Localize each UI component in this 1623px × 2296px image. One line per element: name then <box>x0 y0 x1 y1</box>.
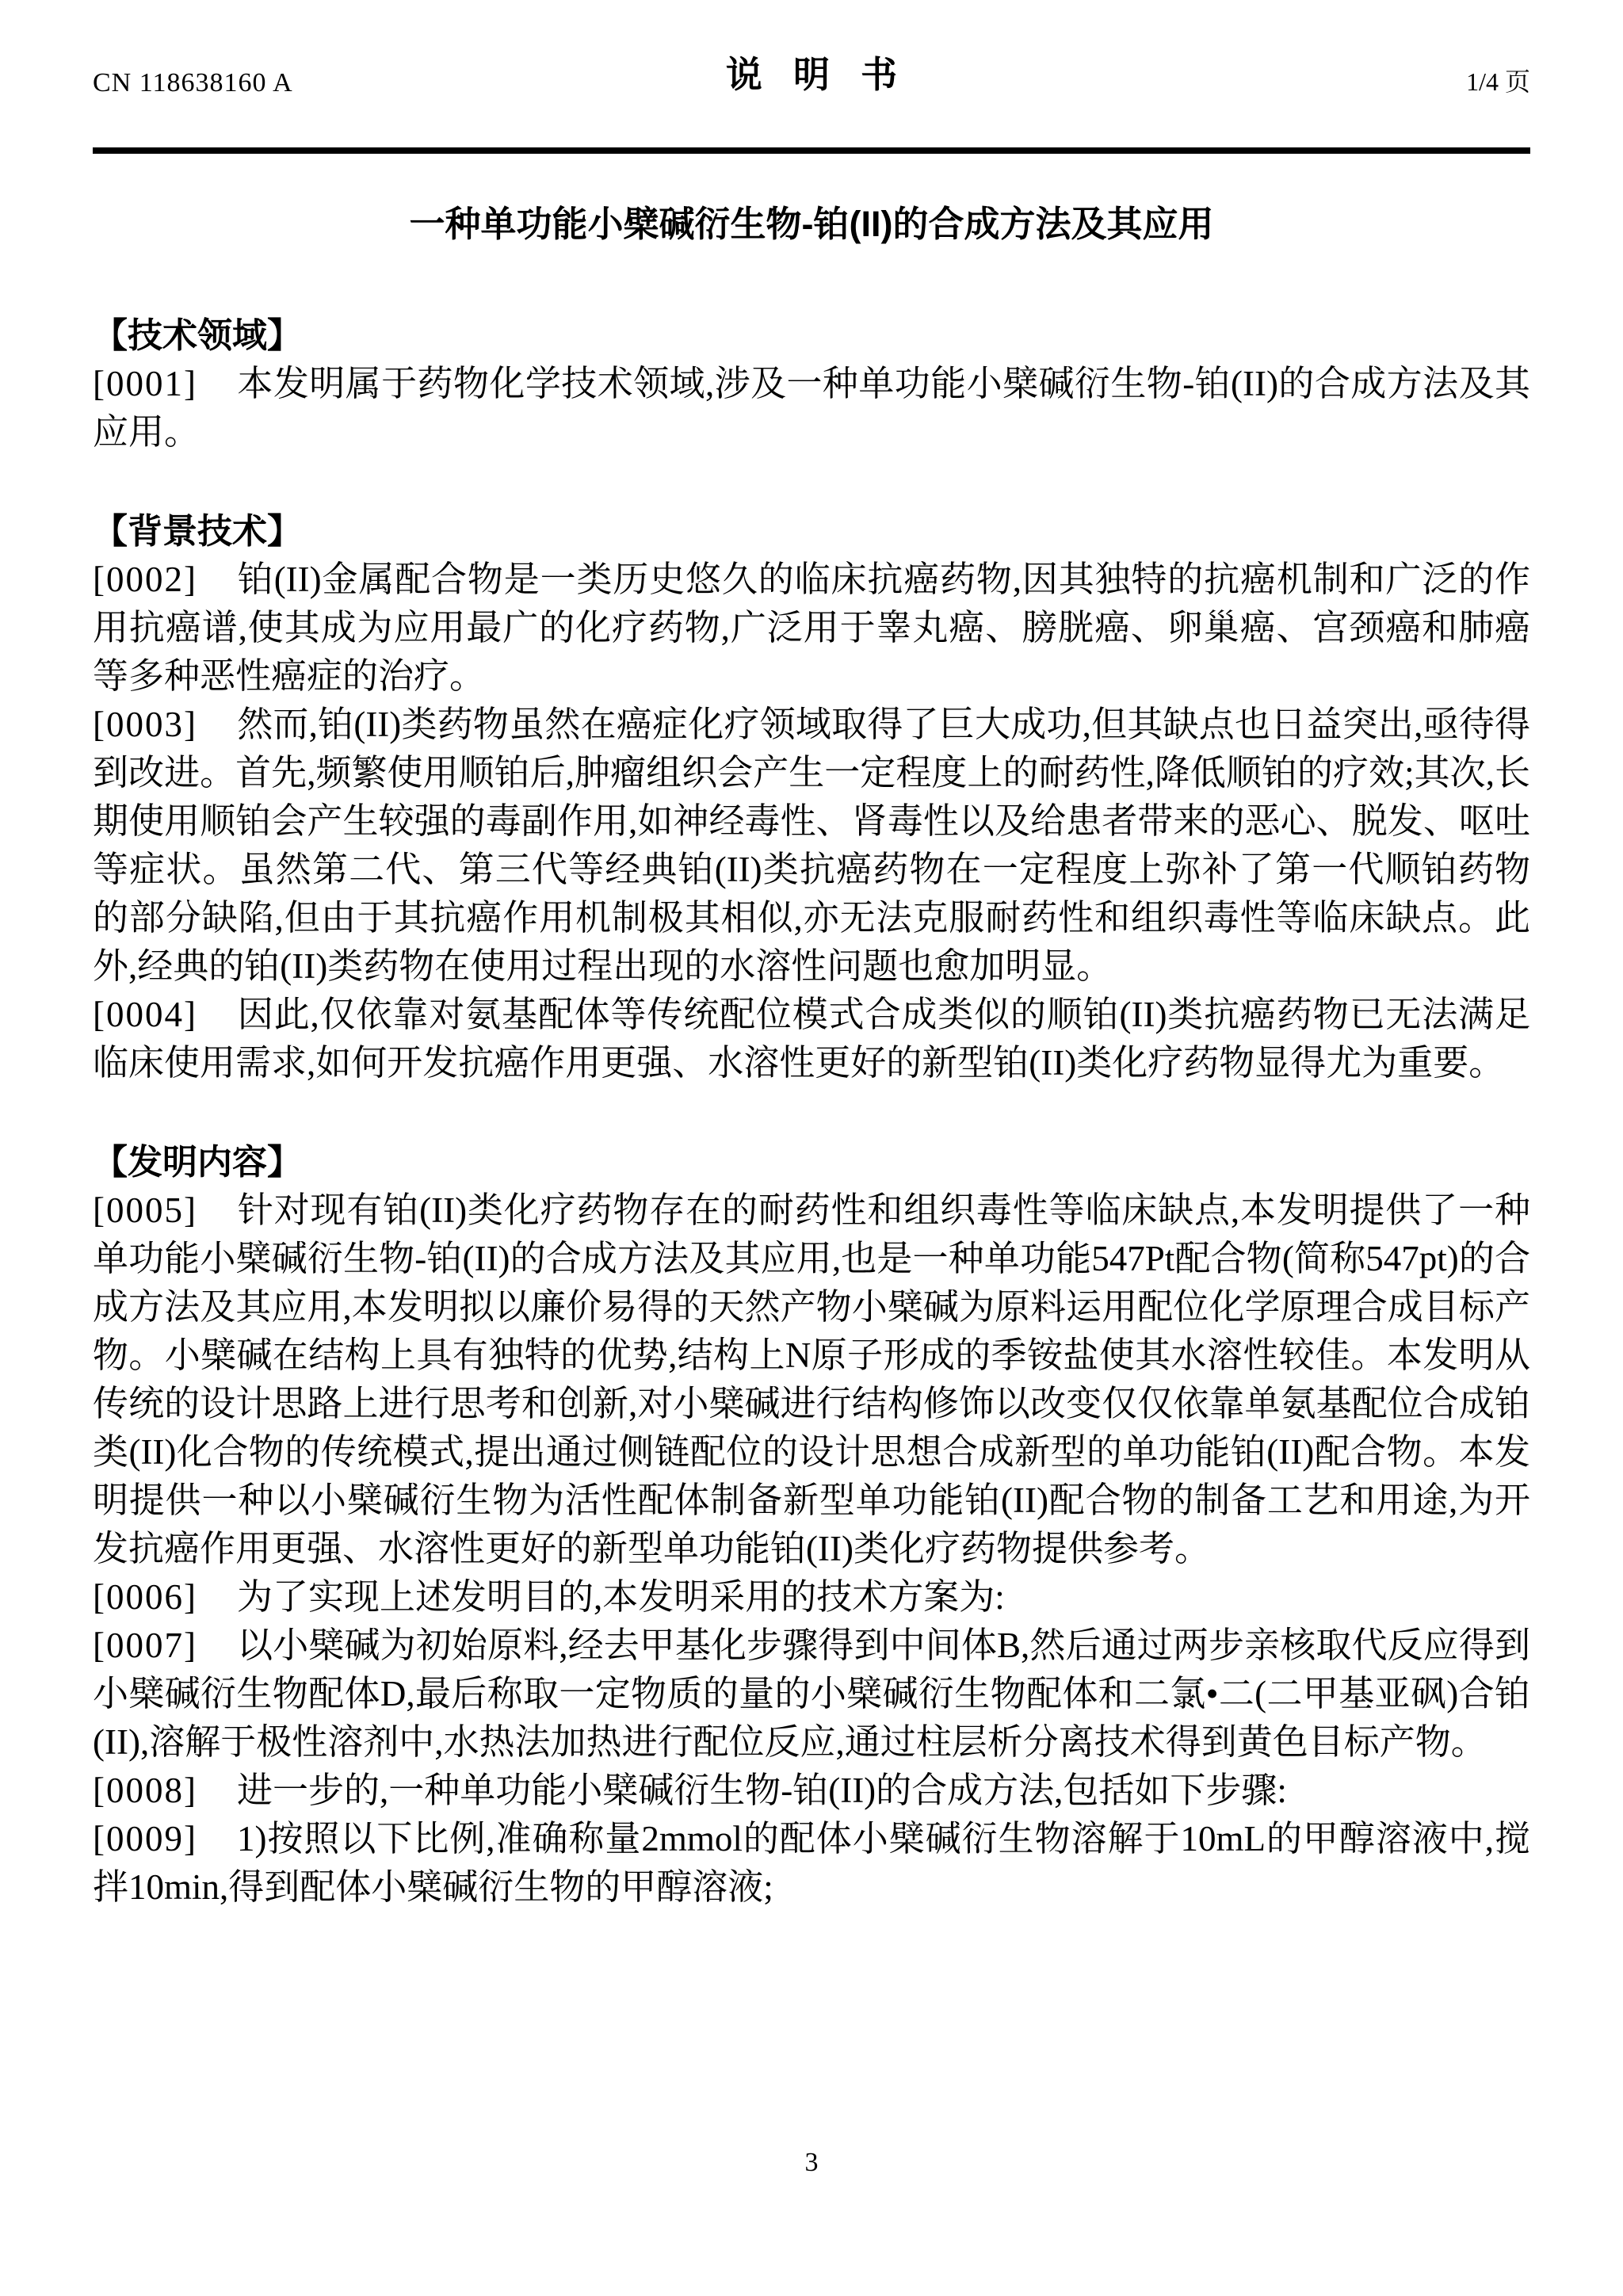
paragraph-0008: [0008]进一步的,一种单功能小檗碱衍生物-铂(II)的合成方法,包括如下步骤… <box>93 1767 1530 1815</box>
paragraph-0007: [0007]以小檗碱为初始原料,经去甲基化步骤得到中间体B,然后通过两步亲核取代… <box>93 1622 1530 1767</box>
paragraph-text: 铂(II)金属配合物是一类历史悠久的临床抗癌药物,因其独特的抗癌机制和广泛的作用… <box>93 560 1530 696</box>
paragraph-number: [0009] <box>93 1819 197 1859</box>
paragraph-number: [0002] <box>93 560 197 599</box>
paragraph-0006: [0006]为了实现上述发明目的,本发明采用的技术方案为: <box>93 1573 1530 1622</box>
paragraph-0004: [0004]因此,仅依靠对氨基配体等传统配位模式合成类似的顺铂(II)类抗癌药物… <box>93 991 1530 1087</box>
paragraph-text: 然而,铂(II)类药物虽然在癌症化疗领域取得了巨大成功,但其缺点也日益突出,亟待… <box>93 705 1530 986</box>
page-body: CN 118638160 A 说明书 1/4 页 一种单功能小檗碱衍生物-铂(I… <box>0 0 1623 1912</box>
invention-title: 一种单功能小檗碱衍生物-铂(II)的合成方法及其应用 <box>93 203 1530 246</box>
publication-number: CN 118638160 A <box>93 68 293 98</box>
paragraph-number: [0006] <box>93 1577 197 1617</box>
paragraph-0001: [0001]本发明属于药物化学技术领域,涉及一种单功能小檗碱衍生物-铂(II)的… <box>93 360 1530 457</box>
page-header: CN 118638160 A 说明书 1/4 页 <box>93 46 1530 87</box>
section-heading-summary-of-invention: 【发明内容】 <box>93 1138 1530 1186</box>
paragraph-0002: [0002]铂(II)金属配合物是一类历史悠久的临床抗癌药物,因其独特的抗癌机制… <box>93 556 1530 701</box>
paragraph-0003: [0003]然而,铂(II)类药物虽然在癌症化疗领域取得了巨大成功,但其缺点也日… <box>93 701 1530 991</box>
section-heading-background-art: 【背景技术】 <box>93 507 1530 556</box>
section-heading-technical-field: 【技术领域】 <box>93 311 1530 360</box>
header-rule <box>93 147 1530 154</box>
paragraph-number: [0003] <box>93 705 197 744</box>
section-technical-field: 【技术领域】 [0001]本发明属于药物化学技术领域,涉及一种单功能小檗碱衍生物… <box>93 311 1530 457</box>
section-summary-of-invention: 【发明内容】 [0005]针对现有铂(II)类化疗药物存在的耐药性和组织毒性等临… <box>93 1138 1530 1912</box>
paragraph-text: 为了实现上述发明目的,本发明采用的技术方案为: <box>237 1577 1005 1617</box>
paragraph-text: 本发明属于药物化学技术领域,涉及一种单功能小檗碱衍生物-铂(II)的合成方法及其… <box>93 364 1530 452</box>
section-background-art: 【背景技术】 [0002]铂(II)金属配合物是一类历史悠久的临床抗癌药物,因其… <box>93 507 1530 1087</box>
paragraph-0005: [0005]针对现有铂(II)类化疗药物存在的耐药性和组织毒性等临床缺点,本发明… <box>93 1186 1530 1573</box>
patent-specification-page: { "header": { "publication_number": "CN … <box>0 0 1623 2296</box>
paragraph-number: [0007] <box>93 1626 197 1665</box>
paragraph-text: 因此,仅依靠对氨基配体等传统配位模式合成类似的顺铂(II)类抗癌药物已无法满足临… <box>93 995 1530 1083</box>
paragraph-text: 进一步的,一种单功能小檗碱衍生物-铂(II)的合成方法,包括如下步骤: <box>237 1771 1287 1810</box>
paragraph-text: 针对现有铂(II)类化疗药物存在的耐药性和组织毒性等临床缺点,本发明提供了一种单… <box>93 1190 1530 1568</box>
page-number: 3 <box>805 2148 819 2177</box>
paragraph-text: 以小檗碱为初始原料,经去甲基化步骤得到中间体B,然后通过两步亲核取代反应得到小檗… <box>93 1626 1530 1762</box>
document-type-title: 说明书 <box>726 46 928 98</box>
paragraph-number: [0004] <box>93 995 197 1034</box>
paragraph-number: [0008] <box>93 1771 197 1810</box>
page-indicator: 1/4 页 <box>1466 62 1530 98</box>
paragraph-text: 1)按照以下比例,准确称量2mmol的配体小檗碱衍生物溶解于10mL的甲醇溶液中… <box>93 1819 1530 1907</box>
page-footer: 3 <box>0 2148 1623 2178</box>
paragraph-0009: [0009]1)按照以下比例,准确称量2mmol的配体小檗碱衍生物溶解于10mL… <box>93 1815 1530 1912</box>
paragraph-number: [0001] <box>93 364 197 403</box>
paragraph-number: [0005] <box>93 1190 197 1230</box>
